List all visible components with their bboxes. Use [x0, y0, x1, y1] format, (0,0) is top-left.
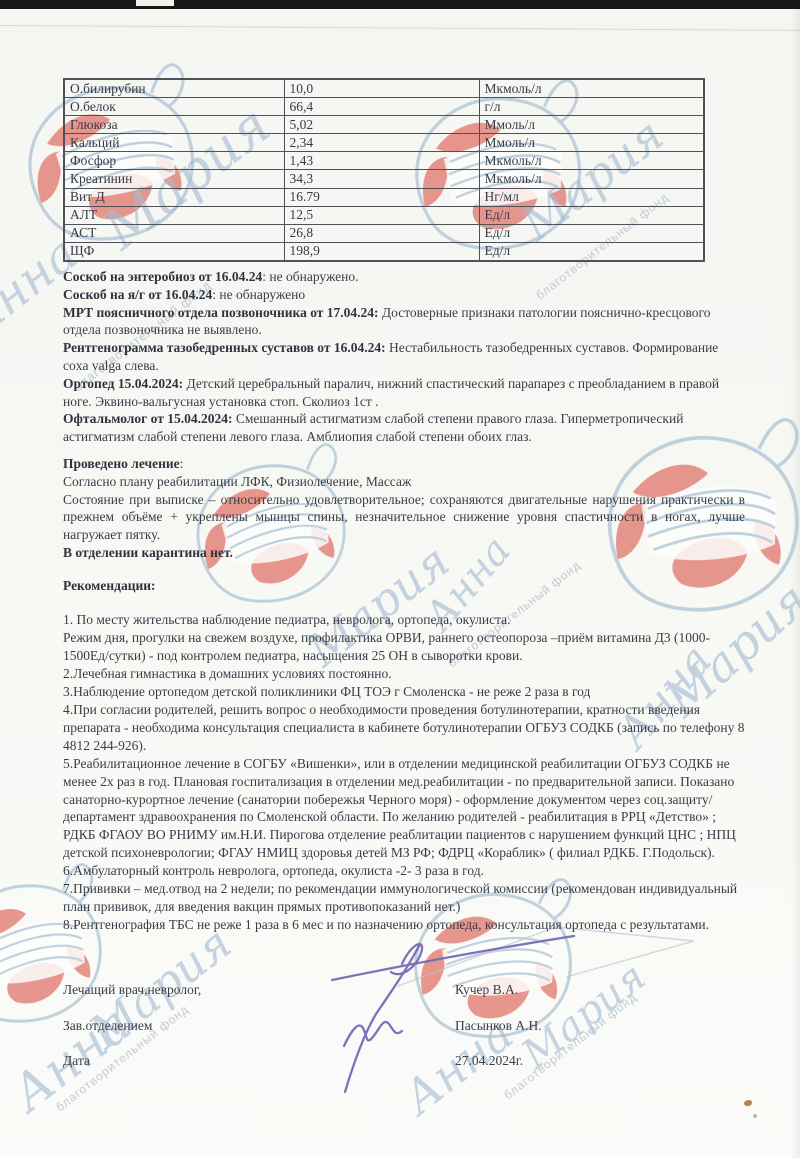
signature-row: Дата 27.04.2024г. [63, 1052, 745, 1070]
unit-cell: Ед/л [479, 242, 704, 261]
param-cell: Вит Д [64, 188, 284, 206]
page-edge-shadow [790, 0, 800, 1158]
value-cell: 10,0 [284, 79, 479, 98]
scanner-edge-notch [136, 0, 174, 6]
value-cell: 66,4 [284, 98, 479, 116]
role-label: Зав.отделением [63, 1017, 455, 1035]
recommendation-item: 5.Реабилитационное лечение в СОГБУ «Више… [63, 755, 745, 862]
param-cell: Креатинин [64, 170, 284, 188]
finding-paragraph: МРТ поясничного отдела позвоночника от 1… [63, 304, 745, 340]
date-value: 27.04.2024г. [455, 1052, 745, 1070]
value-cell: 34,3 [284, 170, 479, 188]
scanner-edge-bar [0, 0, 800, 9]
table-row: Кальций2,34Ммоль/л [64, 134, 704, 152]
unit-cell: Ед/л [479, 224, 704, 242]
unit-cell: Нг/мл [479, 188, 704, 206]
unit-cell: Мкмоль/л [479, 79, 704, 98]
finding-paragraph: Офтальмолог от 15.04.2024: Смешанный аст… [63, 410, 745, 446]
table-row: О.билирубин10,0Мкмоль/л [64, 79, 704, 98]
value-cell: 5,02 [284, 116, 479, 134]
date-label: Дата [63, 1052, 455, 1070]
param-cell: АСТ [64, 224, 284, 242]
finding-paragraph: Ортопед 15.04.2024: Детский церебральный… [63, 375, 745, 411]
treatment-plan: Согласно плану реабилитации ЛФК, Физиоле… [63, 473, 745, 491]
value-cell: 2,34 [284, 134, 479, 152]
value-cell: 26,8 [284, 224, 479, 242]
recommendation-item: 1. По месту жительства наблюдение педиат… [63, 611, 745, 629]
value-cell: 16.79 [284, 188, 479, 206]
recommendation-item: 2.Лечебная гимнастика в домашних условия… [63, 665, 745, 683]
signature-row: Лечащий врач,невролог, Кучер В.А. [63, 981, 745, 999]
finding-paragraph: Рентгенограмма тазобедренных суставов от… [63, 339, 745, 375]
lab-results-table: О.билирубин10,0Мкмоль/л О.белок66,4г/л Г… [63, 78, 705, 262]
value-cell: 198,9 [284, 242, 479, 261]
param-cell: Кальций [64, 134, 284, 152]
unit-cell: Мкмоль/л [479, 170, 704, 188]
discharge-state-paragraph: Состояние при выписке – относительно удо… [63, 491, 745, 544]
recommendations-list: 1. По месту жительства наблюдение педиат… [63, 611, 745, 933]
value-cell: 12,5 [284, 206, 479, 224]
stamp-outline [398, 927, 694, 986]
signature-row: Зав.отделением Пасынков А.Н. [63, 1017, 745, 1035]
param-cell: ЩФ [64, 242, 284, 261]
paper-speck [744, 1100, 752, 1106]
unit-cell: Ммоль/л [479, 134, 704, 152]
table-row: АЛТ12,5Ед/л [64, 206, 704, 224]
paper-fold-line [0, 25, 800, 31]
quarantine-note: В отделении карантина нет. [63, 544, 745, 562]
role-label: Лечащий врач,невролог, [63, 981, 455, 999]
value-cell: 1,43 [284, 152, 479, 170]
recommendation-item: 8.Рентгенография ТБС не реже 1 раза в 6 … [63, 916, 745, 934]
doctor-name: Кучер В.А. [455, 981, 745, 999]
table-row: Фосфор1,43Мкмоль/л [64, 152, 704, 170]
table-row: Вит Д16.79Нг/мл [64, 188, 704, 206]
paper-speck [753, 1114, 757, 1118]
param-cell: О.билирубин [64, 79, 284, 98]
treatment-section: Проведено лечение: Согласно плану реабил… [63, 455, 745, 562]
finding-paragraph: Соскоб на я/г от 16.04.24: не обнаружено [63, 286, 745, 304]
doctor-name: Пасынков А.Н. [455, 1017, 745, 1035]
table-row: Креатинин34,3Мкмоль/л [64, 170, 704, 188]
recommendations-heading: Рекомендации: [63, 577, 745, 595]
recommendation-item: Режим дня, прогулки на свежем воздухе, п… [63, 629, 745, 665]
recommendation-item: 3.Наблюдение ортопедом детской поликлини… [63, 683, 745, 701]
unit-cell: г/л [479, 98, 704, 116]
recommendation-item: 7.Прививки – мед.отвод на 2 недели; по р… [63, 880, 745, 916]
table-row: АСТ26,8Ед/л [64, 224, 704, 242]
param-cell: О.белок [64, 98, 284, 116]
unit-cell: Ммоль/л [479, 116, 704, 134]
document-body: О.билирубин10,0Мкмоль/л О.белок66,4г/л Г… [63, 78, 745, 934]
param-cell: АЛТ [64, 206, 284, 224]
param-cell: Фосфор [64, 152, 284, 170]
unit-cell: Ед/л [479, 206, 704, 224]
scanned-discharge-document: Мария Мария Мария Мария Мария Мария Анна… [0, 0, 800, 1158]
treatment-heading: Проведено лечение: [63, 455, 745, 473]
table-row: О.белок66,4г/л [64, 98, 704, 116]
finding-paragraph: Соскоб на энтеробиоз от 16.04.24: не обн… [63, 268, 745, 286]
table-row: Глюкоза5,02Ммоль/л [64, 116, 704, 134]
signature-block: Лечащий врач,невролог, Кучер В.А. Зав.от… [63, 981, 745, 1088]
recommendation-item: 4.При согласии родителей, решить вопрос … [63, 701, 745, 755]
table-row: ЩФ198,9Ед/л [64, 242, 704, 261]
unit-cell: Мкмоль/л [479, 152, 704, 170]
param-cell: Глюкоза [64, 116, 284, 134]
recommendation-item: 6.Амбулаторный контроль невролога, ортоп… [63, 862, 745, 880]
findings-section: Соскоб на энтеробиоз от 16.04.24: не обн… [63, 268, 745, 446]
